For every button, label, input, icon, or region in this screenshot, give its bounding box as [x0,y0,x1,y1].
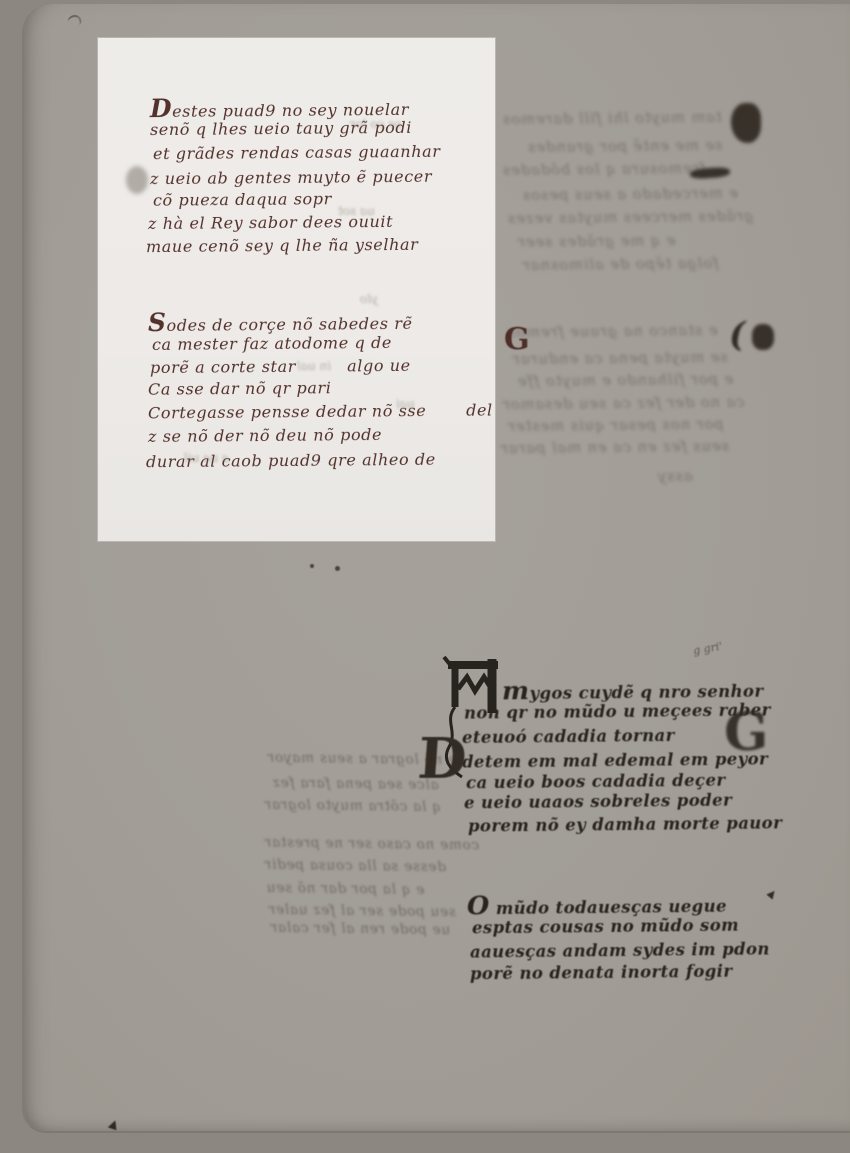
bleedthrough-ghost-line: fremosura q los bõdades [502,162,706,179]
ink-speck [310,564,314,568]
corner-ink-squiggle [67,13,83,27]
bleedthrough-ghost-line: e por filhando e muyto ffe [517,373,733,390]
bleedthrough-ghost-line: por nos pesar quis mester [507,418,724,435]
bleedthrough-ghost-line: folga tẽpo de alimosnar [522,257,719,274]
bleedthrough-ghost-line: grãdes mercees muytas vezes [507,210,754,227]
bleedthrough-blot [752,324,774,350]
verse-line: et grãdes rendas casas guaanhar [153,144,441,163]
bleedthrough-ghost-line: ue pode ren al fer calar [270,922,450,938]
bleedthrough-ghost-line: e stanco na graue fremos [507,324,718,341]
verse-line: z ueio ab gentes muyto ẽ puecer [150,169,432,187]
bleedthrough-ghost-line: q la cõtra muyto lograr [264,799,441,815]
verse-line: cõ pueza daqua sopr [153,191,332,209]
bleedthrough-ghost-line: desse sa lla cousa pedir [264,859,446,875]
bleedthrough-ghost-line: come no caso ser ne prestar [264,836,479,853]
verse-line: aauesças andam sydes im pdon [470,941,770,961]
bleedthrough-ghost-line: e q me grãdes seer [517,234,675,250]
bleedthrough-paren-blob: ( [729,318,745,352]
verse-line: porẽ no denata inorta fogir [470,964,733,983]
bleedthrough-ghost-line: ua sot [338,205,375,217]
verse-line: esptas cousas no mũdo som [472,918,739,937]
bleedthrough-ghost-line: se co lor [350,118,402,130]
bleedthrough-ghost-line: seus fez en ca en mal parar [500,440,729,457]
bleedthrough-ghost-line: se muyta pena ca endurar [512,351,728,368]
verse-line: maue cenõ sey q lhe ña yselhar [146,237,419,255]
bleedthrough-ghost-line: e mercedado a seus pesos [522,187,738,204]
bleedthrough-initial-d: D [416,726,469,792]
bleedthrough-ghost-line: in ual [297,360,331,372]
verse-line: ca ueio boos cadadia deçer [466,773,726,792]
verse-line: e ueio uaaos sobreles poder [464,793,732,812]
bleedthrough-ghost-line: seu pode ser al fez ualer [268,904,456,920]
bleedthrough-ghost-line: a ua uil [184,452,229,464]
bleedthrough-ghost-line: se me entẽ por grandes [527,139,723,156]
bleedthrough-initial-blob [731,103,761,143]
ink-mark [766,888,777,899]
verse-line: detem em mal edemal em peyor [462,751,768,771]
manuscript-scan: tam muyto lhi fill daremos se me entẽ po… [0,0,850,1153]
ink-speck [335,566,340,571]
bleedthrough-ghost-line: tam muyto lhi fill daremos [502,111,722,128]
verse-line: porem nõ ey damha morte pauor [468,815,782,835]
verse-line: ca mester faz atodome q de [152,335,392,353]
bleedthrough-initial-g: G [724,702,768,763]
verse-line: porẽ a corte star algo ue [150,358,411,376]
verse-line: Ca sse dar nõ qr pari [148,380,332,398]
bleedthrough-ghost-line: alce sea pena fara fez [272,777,439,793]
verse-line: Cortegasse pensse dedar nõ sse del [148,402,493,421]
ink-stain [126,166,148,194]
verse-line: z se nõ der nõ deu nõ pode [148,427,382,445]
bleedthrough-ghost-line: uai [396,398,415,410]
verse-line: eteuoó cadadia tornar [462,728,675,747]
bleedthrough-ghost-line: ca no der fez ca seu desamor [502,396,744,413]
bleedthrough-ghost-line: e q la por dar nõ seu [266,882,425,898]
bleedthrough-ghost-line: ylo [360,293,378,305]
margin-gloss: g gri' [692,640,723,658]
verse-line: Sodes de corçe nõ sabedes rẽ [148,309,413,336]
bleedthrough-ghost-line: assy [657,470,693,485]
facsimile-inset: Destes puad9 no sey nouelar senõ q lhes … [98,38,495,541]
edge-ink-mark [108,1119,119,1130]
marginal-initial-g: G [504,322,530,357]
